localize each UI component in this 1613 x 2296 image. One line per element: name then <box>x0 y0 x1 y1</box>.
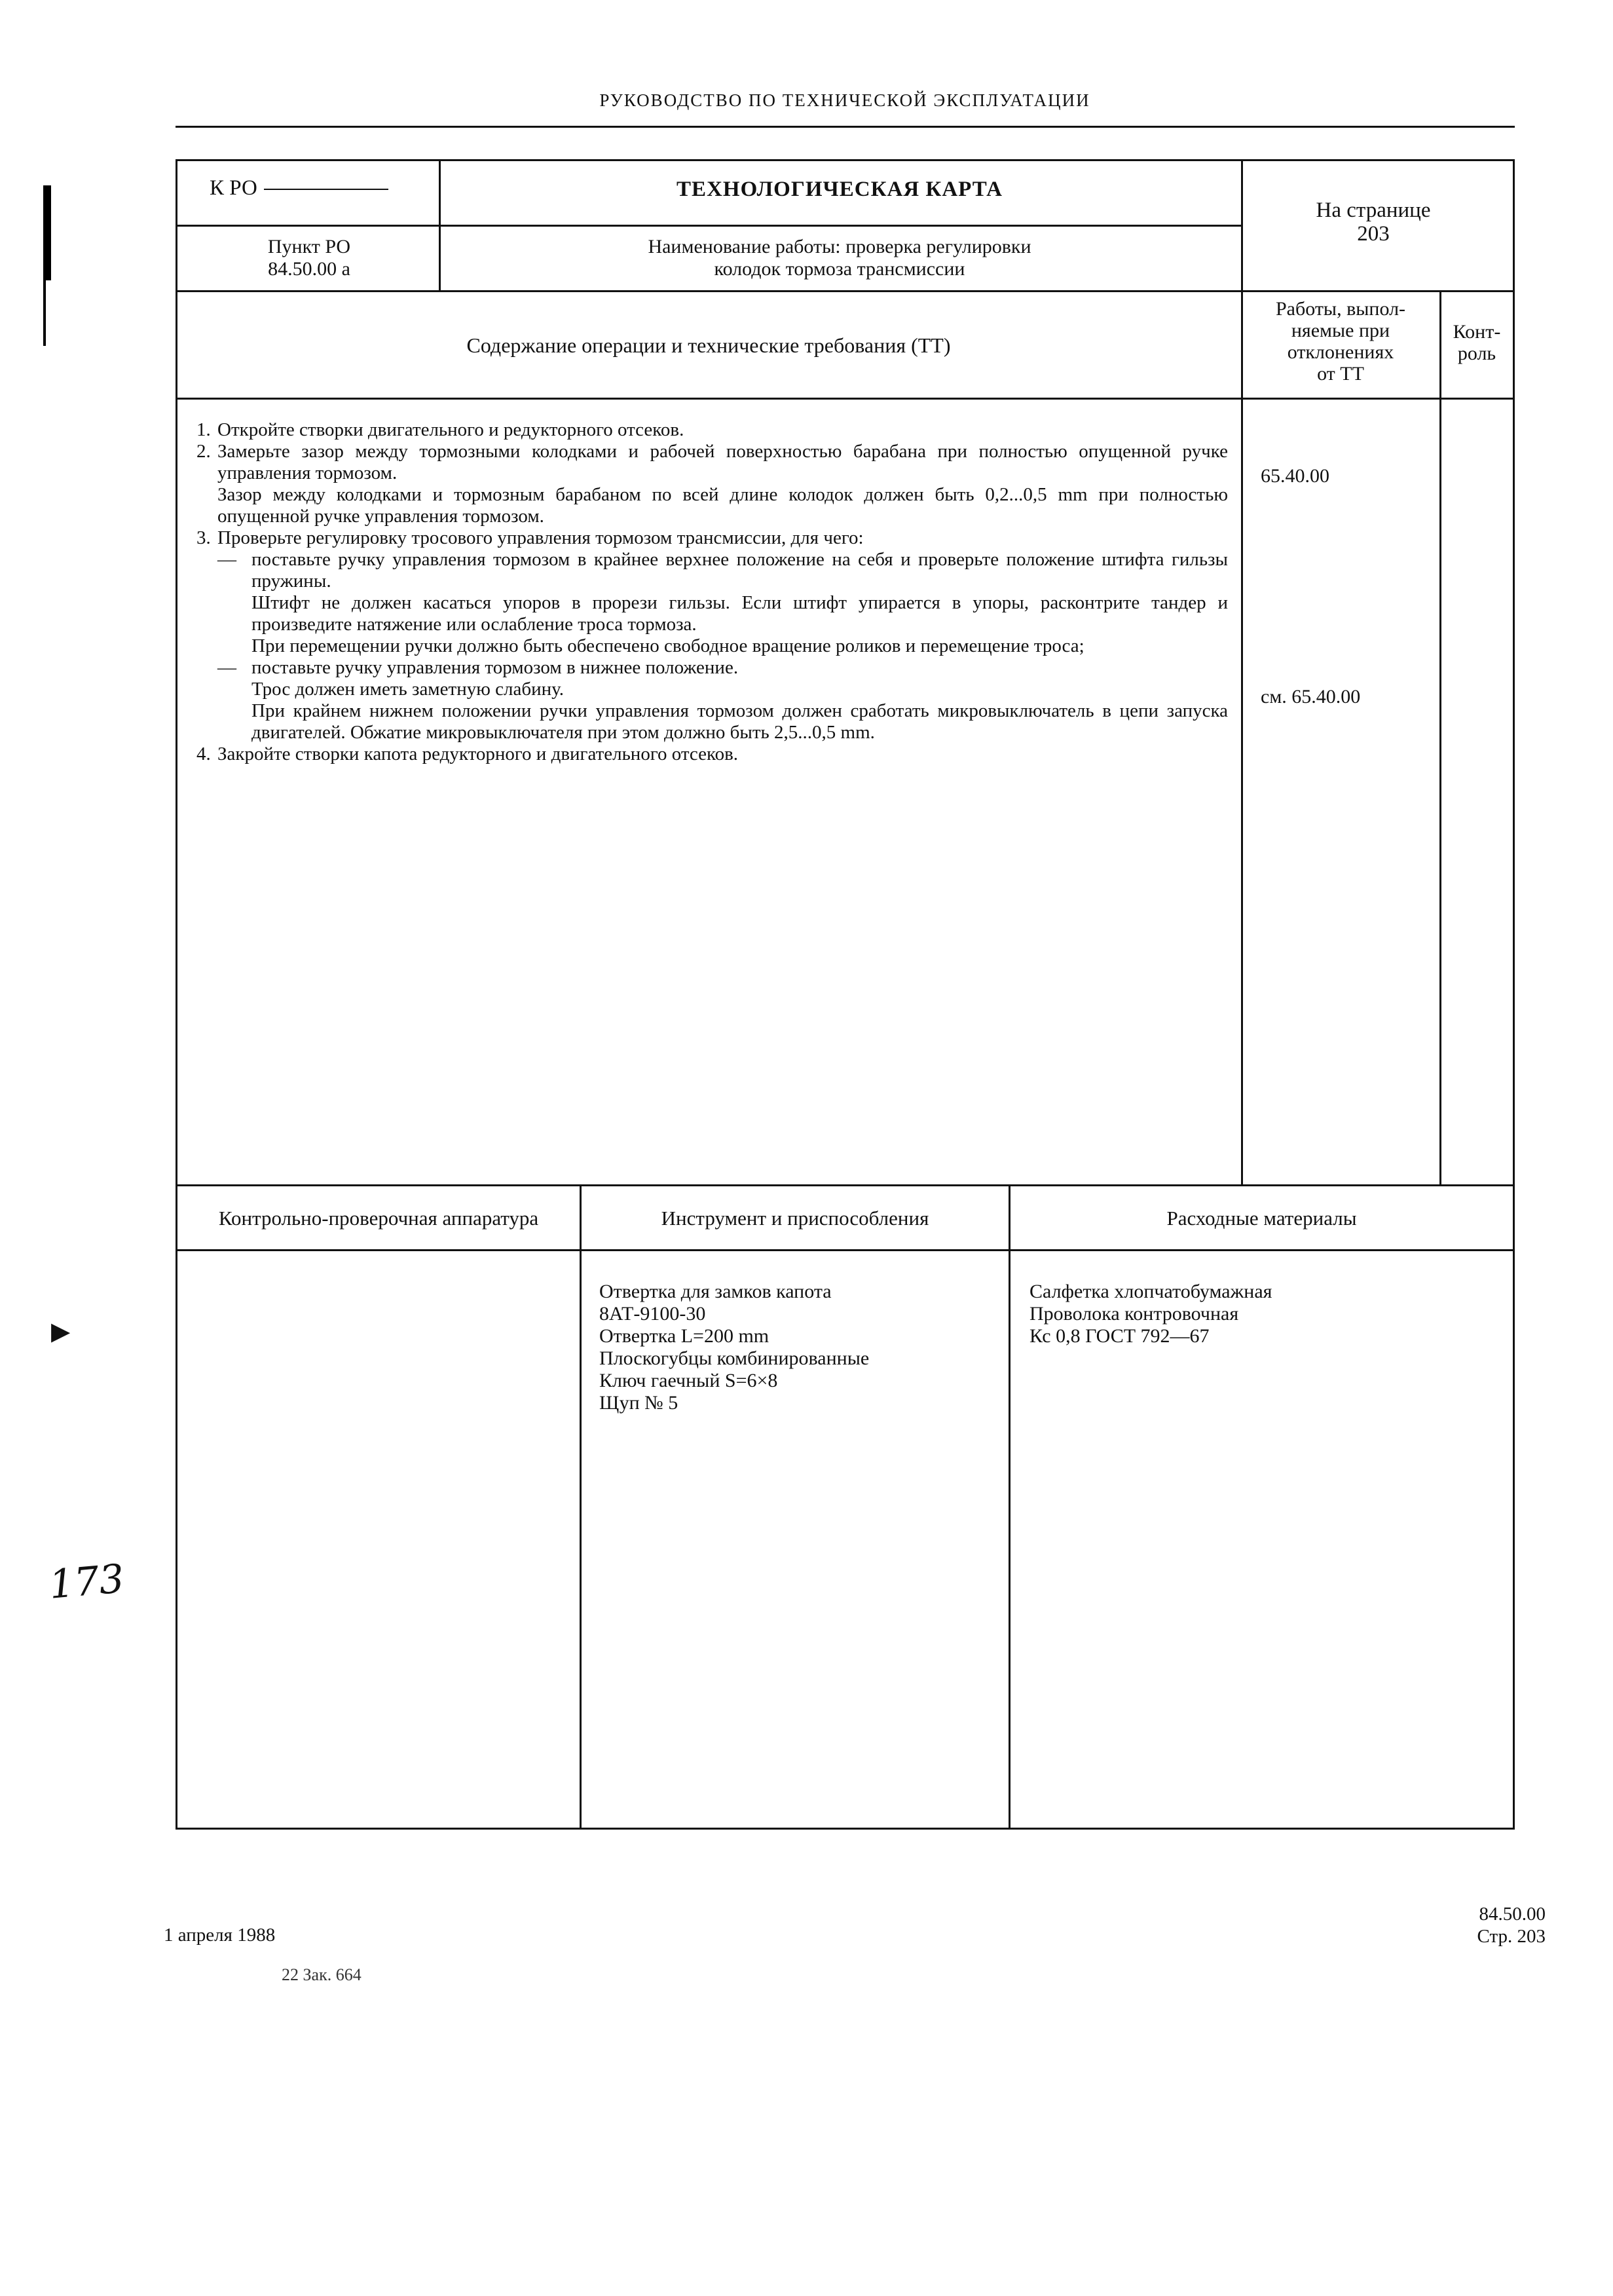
footer-page-info: 84.50.00 Стр. 203 <box>1441 1903 1546 1948</box>
operation-text: Проверьте регулировку тросового управлен… <box>217 527 1228 549</box>
step-dash: — <box>217 549 236 571</box>
operation-item: 4. Закройте створки капота редукторного … <box>196 743 1228 765</box>
k-ro-field: К РО <box>210 177 388 199</box>
materials-column-header: Расходные материалы <box>1010 1207 1513 1230</box>
step-text: поставьте ручку управления тормозом в ни… <box>251 657 1228 679</box>
footer-page-number: Стр. 203 <box>1441 1925 1546 1948</box>
handwritten-page-note: 173 <box>47 1556 126 1608</box>
tool-item: Ключ гаечный S=6×8 <box>599 1370 999 1392</box>
operation-text: Замерьте зазор между тормозными колодкам… <box>217 441 1228 484</box>
operation-number: 1. <box>196 419 211 441</box>
deviation-header-line: няемые при <box>1242 320 1439 341</box>
binding-mark <box>43 185 51 280</box>
punkt-value: 84.50.00 а <box>178 258 440 280</box>
page-ref-label: На странице <box>1242 198 1504 222</box>
deviation-column-header: Работы, выпол- няемые при отклонениях от… <box>1242 298 1439 385</box>
header-rule <box>176 126 1515 128</box>
page-ref: На странице 203 <box>1242 198 1504 246</box>
tools-list: Отвертка для замков капота 8АТ-9100-30 О… <box>599 1281 999 1414</box>
control-header-line: роль <box>1441 343 1513 364</box>
operation-text: Закройте створки капота редукторного и д… <box>217 743 1228 765</box>
tool-item: 8АТ-9100-30 <box>599 1303 999 1325</box>
tool-item: Плоскогубцы комбинированные <box>599 1347 999 1370</box>
control-column-header: Конт- роль <box>1441 321 1513 364</box>
tool-item: Отвертка L=200 mm <box>599 1325 999 1347</box>
step-requirement: Трос должен иметь заметную слабину. <box>251 679 1228 700</box>
equipment-column-header: Контрольно-проверочная аппаратура <box>177 1207 580 1230</box>
k-ro-label: К РО <box>210 176 257 200</box>
material-item: Кс 0,8 ГОСТ 792—67 <box>1029 1325 1501 1347</box>
tools-column-header: Инструмент и приспособления <box>582 1207 1009 1230</box>
operation-number: 4. <box>196 743 211 765</box>
operation-number: 2. <box>196 441 211 462</box>
material-item: Проволока контровочная <box>1029 1303 1501 1325</box>
materials-list: Салфетка хлопчатобумажная Проволока конт… <box>1029 1281 1501 1347</box>
operations-list: 1. Откройте створки двигательного и реду… <box>196 419 1228 765</box>
work-name: Наименование работы: проверка регулировк… <box>440 236 1239 280</box>
work-name-line2: колодок тормоза трансмиссии <box>440 258 1239 280</box>
step-text: поставьте ручку управления тормозом в кр… <box>251 549 1228 592</box>
deviation-header-line: отклонениях <box>1242 341 1439 363</box>
operation-item: 2. Замерьте зазор между тормозными колод… <box>196 441 1228 527</box>
content-column-header: Содержание операции и технические требов… <box>178 334 1239 356</box>
operation-requirement: Зазор между колодками и тормозным бараба… <box>217 484 1228 527</box>
footer-section-code: 84.50.00 <box>1441 1903 1546 1925</box>
punkt-ro: Пункт РО 84.50.00 а <box>178 236 440 280</box>
work-name-line1: Наименование работы: проверка регулировк… <box>440 236 1239 258</box>
print-order-mark: 22 Зак. 664 <box>282 1965 362 1985</box>
footer-date: 1 апреля 1988 <box>164 1925 275 1946</box>
running-header: РУКОВОДСТВО ПО ТЕХНИЧЕСКОЙ ЭКСПЛУАТАЦИИ <box>177 90 1513 111</box>
operation-text: Откройте створки двигательного и редукто… <box>217 419 1228 441</box>
k-ro-blank <box>264 189 388 190</box>
material-item: Салфетка хлопчатобумажная <box>1029 1281 1501 1303</box>
step-requirement: Штифт не должен касаться упоров в прорез… <box>251 592 1228 635</box>
operation-step: — поставьте ручку управления тормозом в … <box>217 657 1228 679</box>
margin-arrow-icon: ▶ <box>51 1317 70 1346</box>
step-requirement: При крайнем нижнем положении ручки управ… <box>251 700 1228 743</box>
control-header-line: Конт- <box>1441 321 1513 343</box>
tool-item: Отвертка для замков капота <box>599 1281 999 1303</box>
operation-number: 3. <box>196 527 211 549</box>
deviation-ref: см. 65.40.00 <box>1261 686 1360 708</box>
tool-item: Щуп № 5 <box>599 1392 999 1414</box>
punkt-label: Пункт РО <box>178 236 440 258</box>
step-requirement: При перемещении ручки должно быть обеспе… <box>251 635 1228 657</box>
card-title: ТЕХНОЛОГИЧЕСКАЯ КАРТА <box>440 178 1239 200</box>
operation-item: 3. Проверьте регулировку тросового управ… <box>196 527 1228 743</box>
binding-mark-line <box>43 280 46 346</box>
page-ref-number: 203 <box>1242 222 1504 246</box>
operation-item: 1. Откройте створки двигательного и реду… <box>196 419 1228 441</box>
step-dash: — <box>217 657 236 679</box>
deviation-ref: 65.40.00 <box>1261 465 1329 487</box>
deviation-header-line: Работы, выпол- <box>1242 298 1439 320</box>
deviation-header-line: от ТТ <box>1242 363 1439 385</box>
operation-step: — поставьте ручку управления тормозом в … <box>217 549 1228 592</box>
